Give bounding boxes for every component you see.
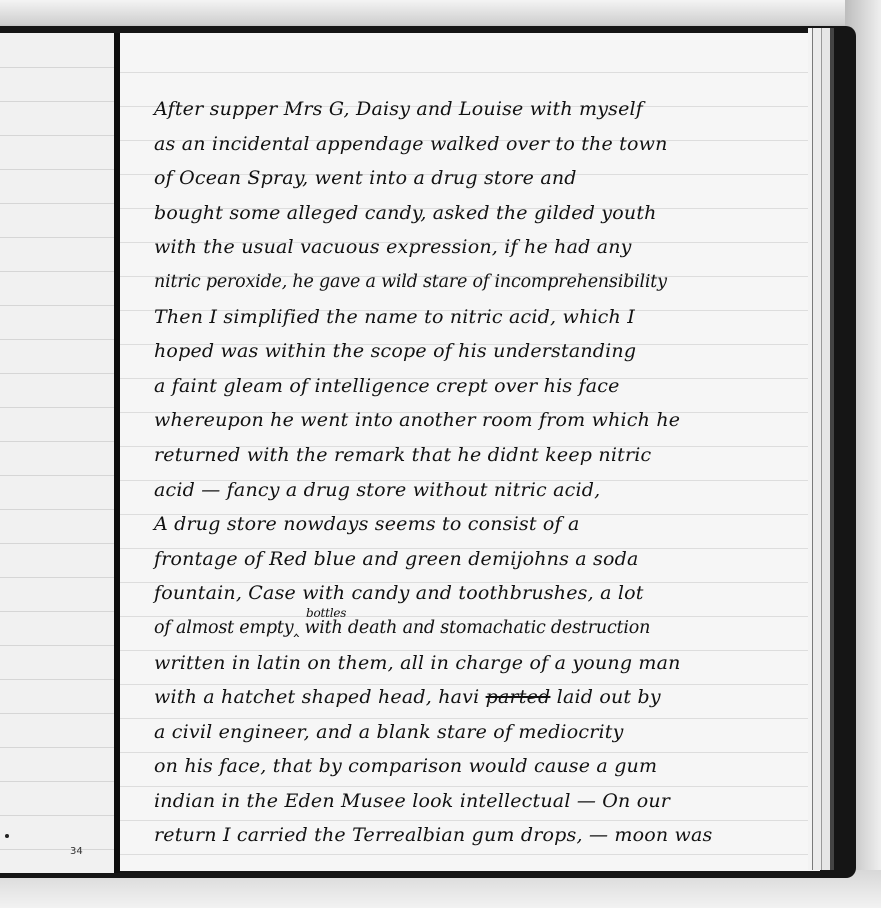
text-line: After supper Mrs G, Daisy and Louise wit…: [154, 92, 814, 127]
text-line: bought some alleged candy, asked the gil…: [154, 196, 814, 231]
text-line: of almost emptybottles‸ with death and s…: [154, 611, 814, 646]
text-segment: of almost empty: [154, 618, 293, 638]
text-segment: with a hatchet shaped head, havi: [154, 686, 486, 708]
text-line: Then I simplified the name to nitric aci…: [154, 300, 814, 335]
text-line: written in latin on them, all in charge …: [154, 646, 814, 681]
text-segment: laid out by: [550, 686, 660, 708]
ink-mark: [5, 834, 9, 838]
left-page: [0, 33, 116, 873]
text-line: nitric peroxide, he gave a wild stare of…: [154, 265, 814, 300]
text-line: whereupon he went into another room from…: [154, 403, 814, 438]
text-line: on his face, that by comparison would ca…: [154, 749, 814, 784]
page-number: 34: [70, 846, 83, 857]
text-line: a civil engineer, and a blank stare of m…: [154, 715, 814, 750]
text-line: frontage of Red blue and green demijohns…: [154, 542, 814, 577]
inserted-word: bottles: [306, 607, 346, 619]
text-line: a faint gleam of intelligence crept over…: [154, 369, 814, 404]
struck-word: parted: [486, 686, 551, 708]
text-line: returned with the remark that he didnt k…: [154, 438, 814, 473]
text-line: indian in the Eden Musee look intellectu…: [154, 784, 814, 819]
text-line: A drug store nowdays seems to consist of…: [154, 507, 814, 542]
text-line: fountain, Case with candy and toothbrush…: [154, 576, 814, 611]
text-line: return I carried the Terrealbian gum dro…: [154, 818, 814, 853]
text-line: with the usual vacuous expression, if he…: [154, 230, 814, 265]
text-line: of Ocean Spray, went into a drug store a…: [154, 161, 814, 196]
handwritten-text: After supper Mrs G, Daisy and Louise wit…: [154, 92, 814, 853]
text-line: with a hatchet shaped head, havi parted …: [154, 680, 814, 715]
text-segment: with death and stomachatic destruction: [299, 618, 650, 638]
text-line: acid — fancy a drug store without nitric…: [154, 473, 814, 508]
text-line: as an incidental appendage walked over t…: [154, 127, 814, 162]
text-line: hoped was within the scope of his unders…: [154, 334, 814, 369]
